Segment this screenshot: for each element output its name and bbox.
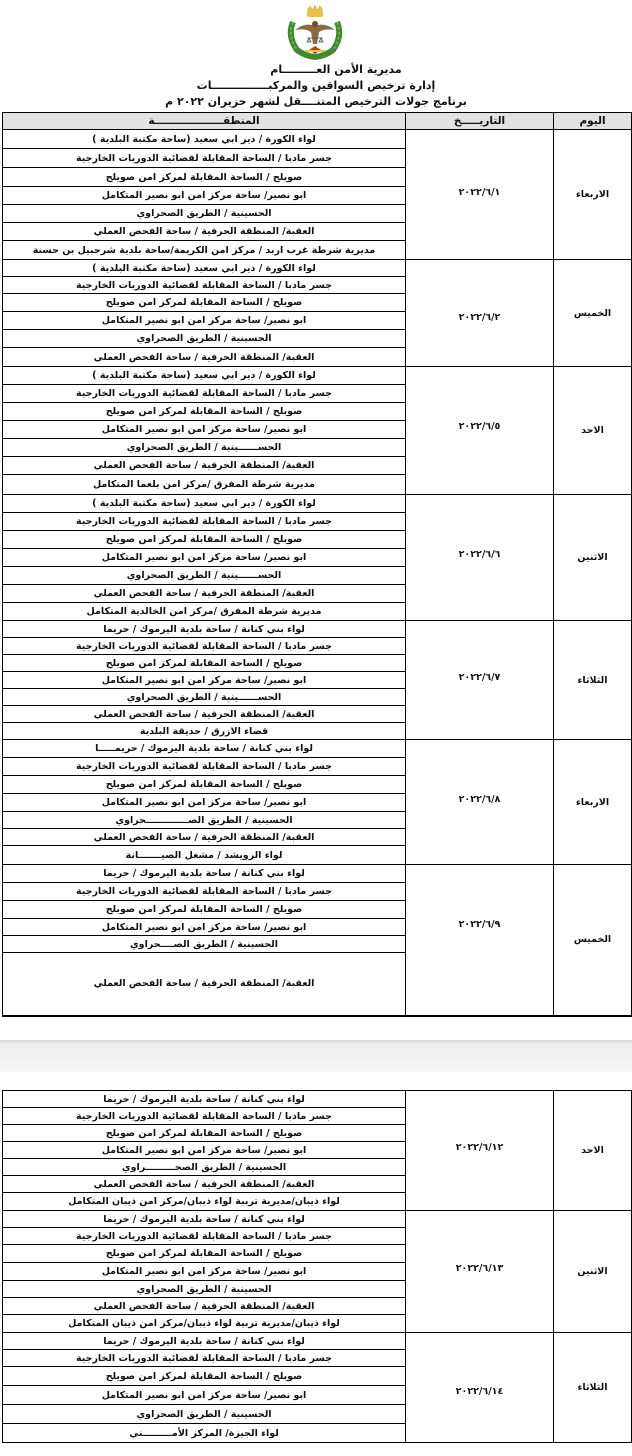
region-cell: جسر مادبا / الساحة المقابلة لقضائية الدو… (3, 1350, 406, 1367)
region-cell: جسر مادبا / الساحة المقابلة لقضائية الدو… (3, 638, 406, 655)
region-cell: الحسينية / الطريق الصحراوي (3, 330, 406, 348)
region-cell: صويلح / الساحة المقابلة لمركز امن صويلح (3, 655, 406, 672)
region-cell: الحســــــينية / الطريق الصحراوي (3, 567, 406, 585)
region-cell: صويلح / الساحة المقابلة لمركز امن صويلح (3, 168, 406, 187)
region-cell: ابو نصير/ ساحة مركز امن ابو نصير المتكام… (3, 1142, 406, 1159)
region-cell: العقبة/ المنطقة الحرفية / ساحة الفحص الع… (3, 348, 406, 367)
table-row: الاحد٢٠٢٢/٦/٥لواء الكورة / دير ابي سعيد … (3, 367, 632, 385)
header-directorate: مديرية الأمن العـــــــــام (0, 63, 632, 76)
region-cell: جسر مادبا / الساحة المقابلة لقضائية الدو… (3, 1228, 406, 1245)
region-cell: الحسينية / الطريق الصـــــــــــــحراوي (3, 812, 406, 829)
region-cell: العقبة/ المنطقة الحرفية / ساحة الفحص الع… (3, 829, 406, 846)
region-cell: العقبة/ المنطقة الحرفية / ساحة الفحص الع… (3, 1176, 406, 1193)
region-cell: العقبة/ المنطقة الحرفية / ساحة الفحص الع… (3, 585, 406, 603)
jordan-public-security-crest-icon (283, 4, 347, 60)
region-cell: العقبة/ المنطقة الحرفية / ساحة الفحص الع… (3, 223, 406, 241)
region-cell: صويلح / الساحة المقابلة لمركز امن صويلح (3, 901, 406, 919)
region-cell: صويلح / الساحة المقابلة لمركز امن صويلح (3, 531, 406, 549)
region-cell: جسر مادبا / الساحة المقابلة لقضائية الدو… (3, 883, 406, 901)
region-cell: لواء ذيبان/مديرية تربية لواء ذيبان/مركز … (3, 1193, 406, 1211)
region-cell: لواء الكورة / دير ابي سعيد (ساحة مكتبة ا… (3, 260, 406, 277)
region-cell: الحســــــينية / الطريق الصحراوي (3, 689, 406, 706)
region-cell: مديرية شرطة المفرق /مركز امن بلعما المتك… (3, 475, 406, 495)
table-row: الاثنين٢٠٢٢/٦/١٣لواء بني كنانة / ساحة بل… (3, 1211, 632, 1228)
table-row: الاربعاء٢٠٢٢/٦/٨لواء بني كنانة / ساحة بل… (3, 740, 632, 758)
table-header-row: اليوم التاريـــــخ المنطقـــــــــــــــ… (3, 113, 632, 130)
column-header-day: اليوم (554, 113, 632, 130)
region-cell: ابو نصير/ ساحة مركز امن ابو نصير المتكام… (3, 421, 406, 439)
date-cell: ٢٠٢٢/٦/٧ (406, 621, 554, 740)
date-cell: ٢٠٢٢/٦/٨ (406, 740, 554, 865)
region-cell: جسر مادبا / الساحة المقابلة لقضائية الدو… (3, 1108, 406, 1125)
region-cell: لواء الجيزة/ المركز الأمـــــــــني (3, 1424, 406, 1443)
header-program-title: برنامج جولات الترخيص المتنــــقل لشهر حز… (0, 95, 632, 108)
region-cell: مديرية شرطة غرب اربد / مركز امن الكريمة/… (3, 241, 406, 260)
region-cell: صويلح / الساحة المقابلة لمركز امن صويلح (3, 1245, 406, 1263)
column-header-region: المنطقـــــــــــــــــــة (3, 113, 406, 130)
region-cell: لواء بني كنانة / ساحة بلدية اليرموك / حر… (3, 1211, 406, 1228)
region-cell: ابو نصير/ ساحة مركز امن ابو نصير المتكام… (3, 919, 406, 936)
region-cell: لواء ذيبان/مديرية تربية لواء ذيبان/مركز … (3, 1315, 406, 1333)
column-header-date: التاريـــــخ (406, 113, 554, 130)
region-cell: الحسينية / الطريق الصحـــــــــراوي (3, 1159, 406, 1176)
region-cell: ابو نصير/ ساحة مركز امن ابو نصير المتكام… (3, 672, 406, 689)
region-cell: ابو نصير/ ساحة مركز امن ابو نصير المتكام… (3, 312, 406, 330)
region-cell: الحســــــينية / الطريق الصحراوي (3, 439, 406, 457)
document-header: مديرية الأمن العـــــــــام إدارة ترخيص … (0, 0, 632, 112)
region-cell: جسر مادبا / الساحة المقابلة لقضائية الدو… (3, 513, 406, 531)
table-row: الاثنين٢٠٢٢/٦/٦لواء الكورة / دير ابي سعي… (3, 495, 632, 513)
day-cell: الخميس (554, 260, 632, 367)
region-cell: لواء الكورة / دير ابي سعيد (ساحة مكتبة ا… (3, 130, 406, 149)
region-cell: صويلح / الساحة المقابلة لمركز امن صويلح (3, 403, 406, 421)
region-cell: لواء بني كنانة / ساحة بلدية اليرموك / حر… (3, 621, 406, 638)
table-row: الخميس٢٠٢٢/٦/٢لواء الكورة / دير ابي سعيد… (3, 260, 632, 277)
region-cell: العقبة/ المنطقة الحرفية / ساحة الفحص الع… (3, 953, 406, 1016)
region-cell: صويلح / الساحة المقابلة لمركز امن صويلح (3, 294, 406, 312)
region-cell: لواء الكورة / دير ابي سعيد (ساحة مكتبة ا… (3, 495, 406, 513)
region-cell: الحسينية / الطريق الصحراوي (3, 205, 406, 223)
region-cell: لواء بني كنانة / ساحة بلدية اليرموك / حر… (3, 865, 406, 883)
region-cell: لواء الرويشد / مشغل الصيـــــــانة (3, 846, 406, 865)
day-cell: الاثنين (554, 495, 632, 621)
table-row: الخميس٢٠٢٢/٦/٩لواء بني كنانة / ساحة بلدي… (3, 865, 632, 883)
region-cell: جسر مادبا / الساحة المقابلة لقضائية الدو… (3, 149, 406, 168)
region-cell: لواء بني كنانة / ساحة بلدية اليرموك / حر… (3, 1333, 406, 1350)
region-cell: العقبة/ المنطقة الحرفية / ساحة الفحص الع… (3, 1298, 406, 1315)
day-cell: الثلاثاء (554, 621, 632, 740)
schedule-table-2: الاحد٢٠٢٢/٦/١٢لواء بني كنانة / ساحة بلدي… (2, 1090, 632, 1443)
region-cell: ابو نصير/ ساحة مركز امن ابو نصير المتكام… (3, 794, 406, 812)
day-cell: الثلاثاء (554, 1333, 632, 1443)
date-cell: ٢٠٢٢/٦/١٢ (406, 1091, 554, 1211)
day-cell: الخميس (554, 865, 632, 1016)
header-department: إدارة ترخيص السواقين والمركبــــــــــــ… (0, 79, 632, 92)
region-cell: الحسينية / الطريق الصــــحراوي (3, 936, 406, 953)
day-cell: الاحد (554, 367, 632, 495)
region-cell: ابو نصير/ ساحة مركز امن ابو نصير المتكام… (3, 549, 406, 567)
region-cell: العقبة/ المنطقة الحرفية / ساحة الفحص الع… (3, 457, 406, 475)
region-cell: جسر مادبا / الساحة المقابلة لقضائية الدو… (3, 277, 406, 294)
table-row: الثلاثاء٢٠٢٢/٦/٧لواء بني كنانة / ساحة بل… (3, 621, 632, 638)
region-cell: ابو نصير/ ساحة مركز امن ابو نصير المتكام… (3, 1263, 406, 1281)
day-cell: الاربعاء (554, 130, 632, 260)
date-cell: ٢٠٢٢/٦/٥ (406, 367, 554, 495)
region-cell: مديرية شرطة المفرق /مركز امن الخالدية ال… (3, 603, 406, 621)
region-cell: لواء الكورة / دير ابي سعيد (ساحة مكتبة ا… (3, 367, 406, 385)
region-cell: العقبة/ المنطقة الحرفية / ساحة الفحص الع… (3, 706, 406, 723)
region-cell: الحسينية / الطريق الصحراوي (3, 1405, 406, 1424)
table-row: الاحد٢٠٢٢/٦/١٢لواء بني كنانة / ساحة بلدي… (3, 1091, 632, 1108)
page-separator (0, 1040, 632, 1072)
region-cell: صويلح / الساحة المقابلة لمركز امن صويلح (3, 1125, 406, 1142)
table-row: الثلاثاء٢٠٢٢/٦/١٤لواء بني كنانة / ساحة ب… (3, 1333, 632, 1350)
region-cell: صويلح / الساحة المقابلة لمركز امن صويلح (3, 776, 406, 794)
region-cell: الحسينية / الطريق الصحراوي (3, 1281, 406, 1298)
date-cell: ٢٠٢٢/٦/١٣ (406, 1211, 554, 1333)
region-cell: قضاء الازرق / حديقة البلدية (3, 723, 406, 740)
date-cell: ٢٠٢٢/٦/٩ (406, 865, 554, 1016)
date-cell: ٢٠٢٢/٦/١ (406, 130, 554, 260)
day-cell: الاحد (554, 1091, 632, 1211)
day-cell: الاربعاء (554, 740, 632, 865)
table-row: الاربعاء٢٠٢٢/٦/١لواء الكورة / دير ابي سع… (3, 130, 632, 149)
region-cell: ابو نصير/ ساحة مركز امن ابو نصير المتكام… (3, 1386, 406, 1405)
date-cell: ٢٠٢٢/٦/١٤ (406, 1333, 554, 1443)
region-cell: صويلح / الساحة المقابلة لمركز امن صويلح (3, 1367, 406, 1386)
region-cell: ابو نصير/ ساحة مركز امن ابو نصير المتكام… (3, 187, 406, 205)
region-cell: جسر مادبا / الساحة المقابلة لقضائية الدو… (3, 385, 406, 403)
date-cell: ٢٠٢٢/٦/٢ (406, 260, 554, 367)
day-cell: الاثنين (554, 1211, 632, 1333)
region-cell: لواء بني كنانة / ساحة بلدية اليرموك / حر… (3, 1091, 406, 1108)
region-cell: لواء بني كنانة / ساحة بلدية اليرموك / حر… (3, 740, 406, 758)
region-cell: جسر مادبا / الساحة المقابلة لقضائية الدو… (3, 758, 406, 776)
date-cell: ٢٠٢٢/٦/٦ (406, 495, 554, 621)
schedule-table-1: اليوم التاريـــــخ المنطقـــــــــــــــ… (2, 112, 632, 1017)
